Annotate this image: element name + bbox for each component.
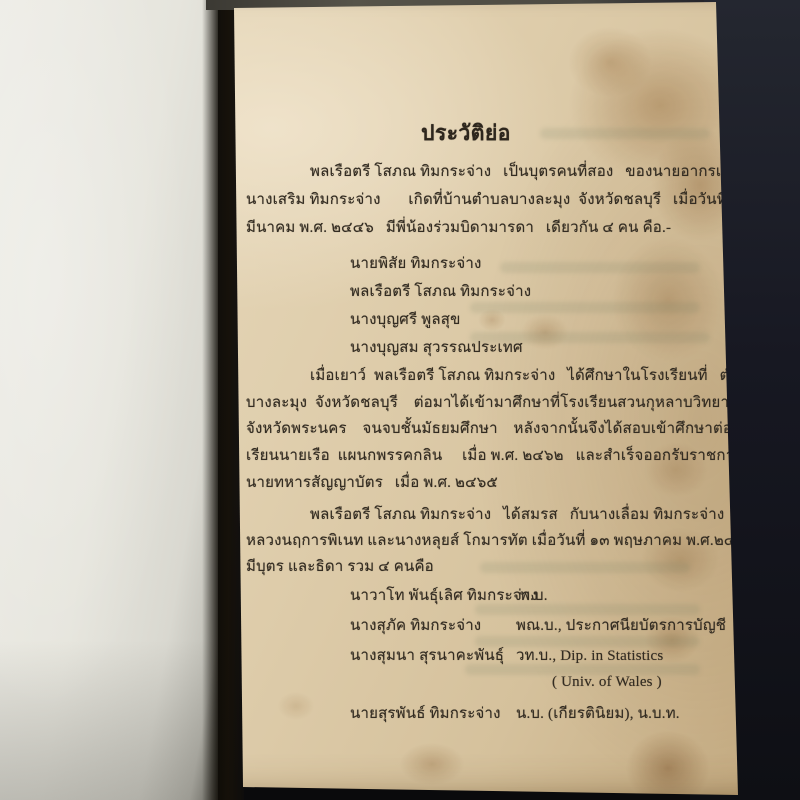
show-through-band — [480, 562, 690, 573]
sibling-name: พลเรือตรี โสภณ ทิมกระจ่าง — [350, 282, 531, 303]
child-name: นางสุมนา สุรนาคะพันธุ์ — [350, 646, 504, 667]
child-degree: วท.บ., Dip. in Statistics — [516, 646, 663, 667]
child-degree-continuation: ( Univ. of Wales ) — [552, 672, 662, 693]
paragraph3-line: พลเรือตรี โสภณ ทิมกระจ่าง ได้สมรส กับนาง… — [246, 505, 768, 526]
facing-page — [0, 0, 218, 800]
paragraph2-line: บางละมุง จังหวัดชลบุรี ต่อมาได้เข้ามาศึก… — [246, 393, 773, 414]
show-through-band — [470, 302, 700, 313]
child-degree: น.บ. (เกียรตินิยม), น.บ.ท. — [516, 704, 680, 725]
book-photo: ประวัติย่อ พลเรือตรี โสภณ ทิมกระจ่าง เป็… — [0, 0, 800, 800]
child-name: นางสุภัค ทิมกระจ่าง — [350, 616, 481, 637]
paragraph2-line: เรียนนายเรือ แผนกพรรคกลิน เมื่อ พ.ศ. ๒๔๖… — [246, 446, 768, 467]
paragraph2-line: นายทหารสัญญาบัตร เมื่อ พ.ศ. ๒๔๖๕ — [246, 473, 498, 494]
sibling-name: นางบุญศรี พูลสุข — [350, 310, 461, 331]
paragraph3-line: หลวงนฤการพิเนท และนางหลุยส์ โกมารทัต เมื… — [246, 531, 756, 552]
show-through-band — [500, 262, 700, 273]
sibling-name: นายพิสัย ทิมกระจ่าง — [350, 254, 482, 275]
child-name: นาวาโท พันธุ์เลิศ ทิมกระจ่าง — [350, 586, 538, 607]
paragraph1-line: มีนาคม พ.ศ. ๒๔๔๖ มีพี่น้องร่วมบิดามารดา … — [246, 218, 671, 239]
paragraph2-line: จังหวัดพระนคร จนจบชั้นมัธยมศึกษา หลังจาก… — [246, 419, 782, 440]
paragraph2-line: เมื่อเยาว์ พลเรือตรี โสภณ ทิมกระจ่าง ได้… — [246, 366, 757, 387]
paragraph1-line: นางเสริม ทิมกระจ่าง เกิดที่บ้านตำบลบางละ… — [246, 190, 753, 211]
child-name: นายสุรพันธ์ ทิมกระจ่าง — [350, 704, 501, 725]
page-title: ประวัติย่อ — [246, 117, 686, 150]
paragraph3-line: มีบุตร และธิดา รวม ๔ คนคือ — [246, 557, 434, 578]
child-degree: พณ.บ., ประกาศนียบัตรการบัญชี — [516, 616, 726, 637]
child-degree: พ.บ. — [520, 586, 548, 607]
paragraph1-line: พลเรือตรี โสภณ ทิมกระจ่าง เป็นบุตรคนที่ส… — [246, 162, 774, 183]
sibling-name: นางบุญสม สุวรรณประเทศ — [350, 338, 523, 359]
